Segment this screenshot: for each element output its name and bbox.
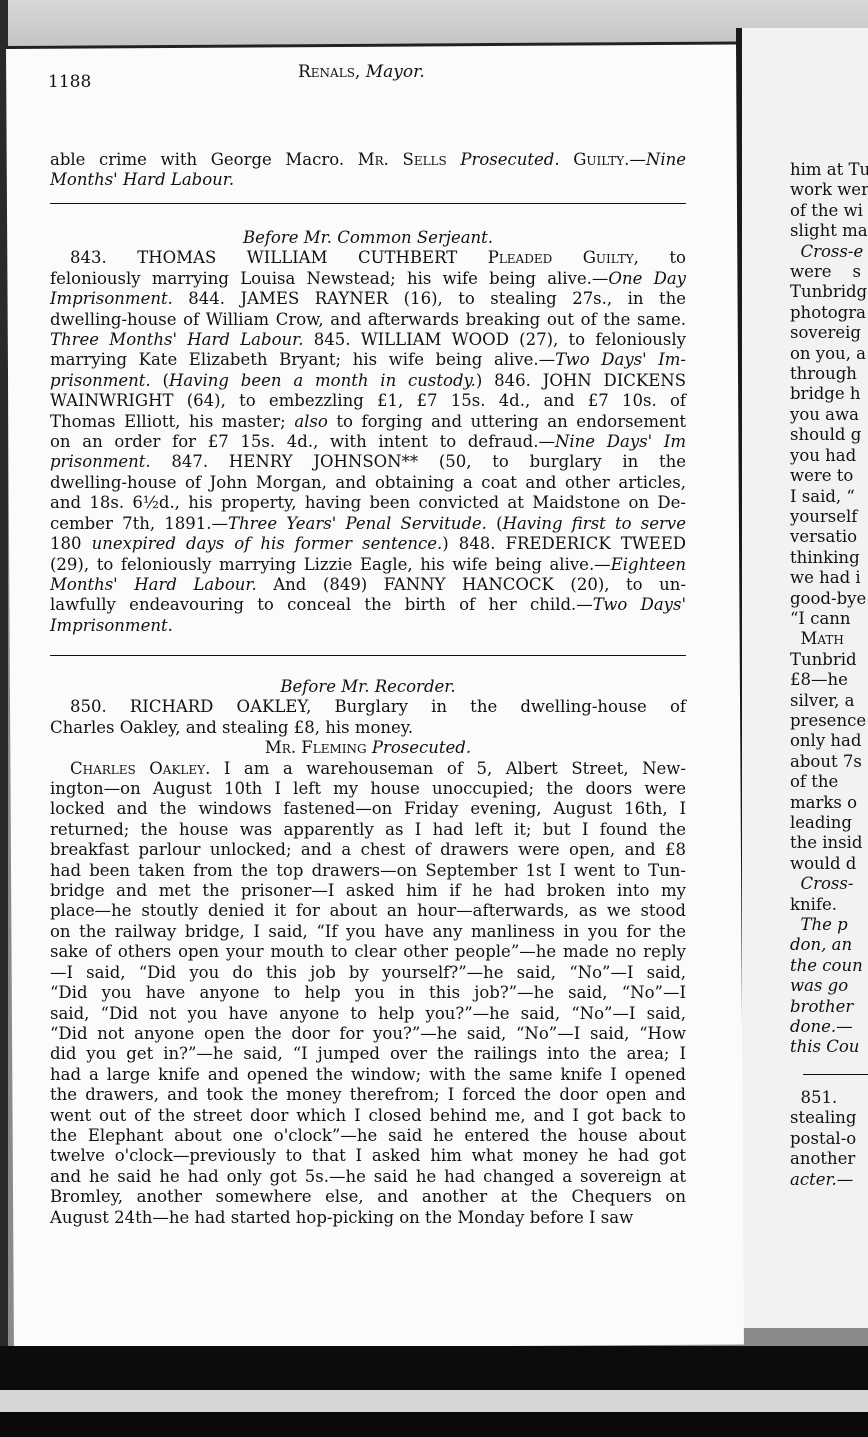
running-head: 1188 Renals, Mayor.	[48, 62, 688, 92]
text-line: locked and the windows fastened—on Frida…	[50, 799, 686, 819]
facing-line: stealing	[790, 1108, 868, 1128]
text-line: “Did you have anyone to help you in this…	[50, 983, 686, 1003]
scan-bottom-shadow	[0, 1346, 868, 1390]
text-line: the drawers, and took the money therefro…	[50, 1085, 686, 1105]
facing-line: another	[790, 1149, 868, 1169]
facing-line: Tunbridg	[790, 282, 868, 302]
opening-paragraph: able crime with George Macro. Mr. Sells …	[50, 150, 686, 191]
text-line: the Elephant about one o'clock”—he said …	[50, 1126, 686, 1146]
facing-line: marks o	[790, 793, 868, 813]
running-title-suffix: Mayor.	[366, 62, 425, 82]
text-line: (29), to feloniously marrying Lizzie Eag…	[50, 555, 686, 575]
facing-line: thinking	[790, 548, 868, 568]
facing-line: silver, a	[790, 691, 868, 711]
facing-page-text-after-rule: 851.stealingpostal-oanotheracter.—	[790, 1088, 868, 1190]
facing-line: you awa	[790, 405, 868, 425]
facing-line: don, an	[790, 935, 868, 955]
facing-line: presence	[790, 711, 868, 731]
text-line: marrying Kate Elizabeth Bryant; his wife…	[50, 350, 686, 370]
text-line: August 24th—he had started hop-picking o…	[50, 1208, 686, 1228]
facing-line: “I cann	[790, 609, 868, 629]
facing-line: only had	[790, 731, 868, 751]
facing-line: slight ma	[790, 221, 868, 241]
facing-line: we had i	[790, 568, 868, 588]
text-line: returned; the house was apparently as I …	[50, 820, 686, 840]
facing-line: done.—	[790, 1017, 868, 1037]
facing-line: were s	[790, 262, 868, 282]
section-common-serjeant: Before Mr. Common Serjeant. 843. THOMAS …	[50, 228, 686, 636]
text-line: bridge and met the prisoner—I asked him …	[50, 881, 686, 901]
text-line: 180 unexpired days of his former sentenc…	[50, 534, 686, 554]
facing-line: yourself	[790, 507, 868, 527]
text-line: Imprisonment. 844. JAMES RAYNER (16), to…	[50, 289, 686, 309]
text-line: cember 7th, 1891.—Three Years' Penal Ser…	[50, 514, 686, 534]
text-line: dwelling-house of William Crow, and afte…	[50, 310, 686, 330]
section-divider-rule	[50, 203, 686, 204]
text-line: Charles Oakley. I am a warehouseman of 5…	[50, 759, 686, 779]
scan-bottom-pale	[0, 1390, 868, 1412]
facing-line: sovereig	[790, 323, 868, 343]
facing-line: the coun	[790, 956, 868, 976]
text-line: did you get in?”—he said, “I jumped over…	[50, 1044, 686, 1064]
text-line: prisonment. 847. HENRY JOHNSON** (50, to…	[50, 452, 686, 472]
facing-line: bridge h	[790, 384, 868, 404]
facing-page-rule	[803, 1074, 868, 1075]
text-line: WAINWRIGHT (64), to embezzling £1, £7 15…	[50, 391, 686, 411]
running-title: Renals, Mayor.	[298, 62, 425, 82]
facing-line: postal-o	[790, 1129, 868, 1149]
text-line: said, “Did not you have anyone to help y…	[50, 1004, 686, 1024]
facing-line: the insid	[790, 833, 868, 853]
text-line: Imprisonment.	[50, 616, 686, 636]
facing-line: Cross-	[790, 874, 868, 894]
text-line: twelve o'clock—previously to that I aske…	[50, 1146, 686, 1166]
text-line: ington—on August 10th I left my house un…	[50, 779, 686, 799]
case-850-header: 850. RICHARD OAKLEY, Burglary in the dwe…	[50, 697, 686, 738]
facing-line: him at Tu	[790, 160, 868, 180]
facing-line: Tunbrid	[790, 650, 868, 670]
facing-line: £8—he	[790, 670, 868, 690]
text-line: 850. RICHARD OAKLEY, Burglary in the dwe…	[50, 697, 686, 717]
scan-bottom-edge	[0, 1412, 868, 1437]
text-line: had a large knife and opened the window;…	[50, 1065, 686, 1085]
facing-line: Math	[790, 629, 868, 649]
facing-line: versatio	[790, 527, 868, 547]
text-line: Bromley, another somewhere else, and ano…	[50, 1187, 686, 1207]
facing-line: brother	[790, 997, 868, 1017]
testimony-body: Charles Oakley. I am a warehouseman of 5…	[50, 759, 686, 1228]
facing-line: about 7s	[790, 752, 868, 772]
facing-page-text: him at Tuwork werof the wislight ma Cros…	[790, 160, 868, 1058]
facing-line: on you, a	[790, 344, 868, 364]
facing-line: good-bye	[790, 589, 868, 609]
text-line: Months' Hard Labour. And (849) FANNY HAN…	[50, 575, 686, 595]
facing-line: you had	[790, 446, 868, 466]
text-line: 843. THOMAS WILLIAM CUTHBERT Pleaded Gui…	[50, 248, 686, 268]
prosecutor-label: Prosecuted.	[372, 738, 471, 757]
facing-line: should g	[790, 425, 868, 445]
section-divider-rule	[50, 655, 686, 656]
section-heading: Before Mr. Recorder.	[50, 677, 686, 697]
text-line: went out of the street door which I clos…	[50, 1106, 686, 1126]
facing-line: would d	[790, 854, 868, 874]
facing-line: knife.	[790, 895, 868, 915]
text-line: Three Months' Hard Labour. 845. WILLIAM …	[50, 330, 686, 350]
text-line: on the railway bridge, I said, “If you h…	[50, 922, 686, 942]
facing-line: Cross-e	[790, 242, 868, 262]
text-line: place—he stoutly denied it for about an …	[50, 901, 686, 921]
text-line: dwelling-house of John Morgan, and obtai…	[50, 473, 686, 493]
text-line: lawfully endeavouring to conceal the bir…	[50, 595, 686, 615]
prosecutor-line: Mr. Fleming Prosecuted.	[50, 738, 686, 758]
facing-line: this Cou	[790, 1037, 868, 1057]
page-number: 1188	[48, 72, 91, 92]
facing-line: of the wi	[790, 201, 868, 221]
facing-line: 851.	[790, 1088, 868, 1108]
text-line: —I said, “Did you do this job by yoursel…	[50, 963, 686, 983]
text-line: and 18s. 6½d., his property, having been…	[50, 493, 686, 513]
text-line: able crime with George Macro. Mr. Sells …	[50, 150, 686, 170]
facing-line: photogra	[790, 303, 868, 323]
text-line: Charles Oakley, and stealing £8, his mon…	[50, 718, 686, 738]
facing-line: I said, “	[790, 487, 868, 507]
text-line: sake of others open your mouth to clear …	[50, 942, 686, 962]
running-title-name: Renals	[298, 62, 355, 82]
text-line: and he said he had only got 5s.—he said …	[50, 1167, 686, 1187]
text-line: on an order for £7 15s. 4d., with intent…	[50, 432, 686, 452]
text-line: had been taken from the top drawers—on S…	[50, 861, 686, 881]
text-line: prisonment. (Having been a month in cust…	[50, 371, 686, 391]
section-body: 843. THOMAS WILLIAM CUTHBERT Pleaded Gui…	[50, 248, 686, 636]
text-line: Thomas Elliott, his master; also to forg…	[50, 412, 686, 432]
text-line: breakfast parlour unlocked; and a chest …	[50, 840, 686, 860]
facing-line: was go	[790, 976, 868, 996]
facing-line: The p	[790, 915, 868, 935]
text-line: “Did not anyone open the door for you?”—…	[50, 1024, 686, 1044]
facing-line: work wer	[790, 180, 868, 200]
text-line: feloniously marrying Louisa Newstead; hi…	[50, 269, 686, 289]
facing-line: through	[790, 364, 868, 384]
section-heading: Before Mr. Common Serjeant.	[50, 228, 686, 248]
section-recorder: Before Mr. Recorder. 850. RICHARD OAKLEY…	[50, 677, 686, 1228]
facing-line: of the	[790, 772, 868, 792]
facing-line: acter.—	[790, 1170, 868, 1190]
facing-line: were to	[790, 466, 868, 486]
facing-line: leading	[790, 813, 868, 833]
prosecutor-name: Mr. Fleming	[265, 738, 367, 757]
text-line: Months' Hard Labour.	[50, 170, 686, 190]
